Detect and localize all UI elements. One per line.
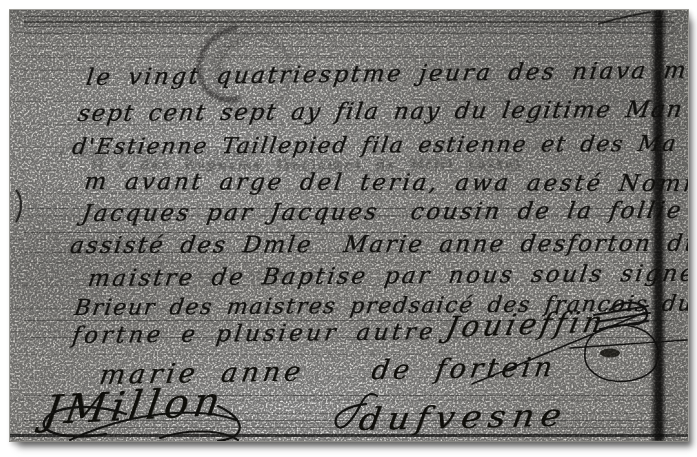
grain-overlay: [10, 10, 688, 441]
manuscript-scan: s del Villes il crnml il y des Bapesme I…: [9, 9, 689, 442]
scanned-register-photo: s del Villes il crnml il y des Bapesme I…: [0, 0, 697, 457]
